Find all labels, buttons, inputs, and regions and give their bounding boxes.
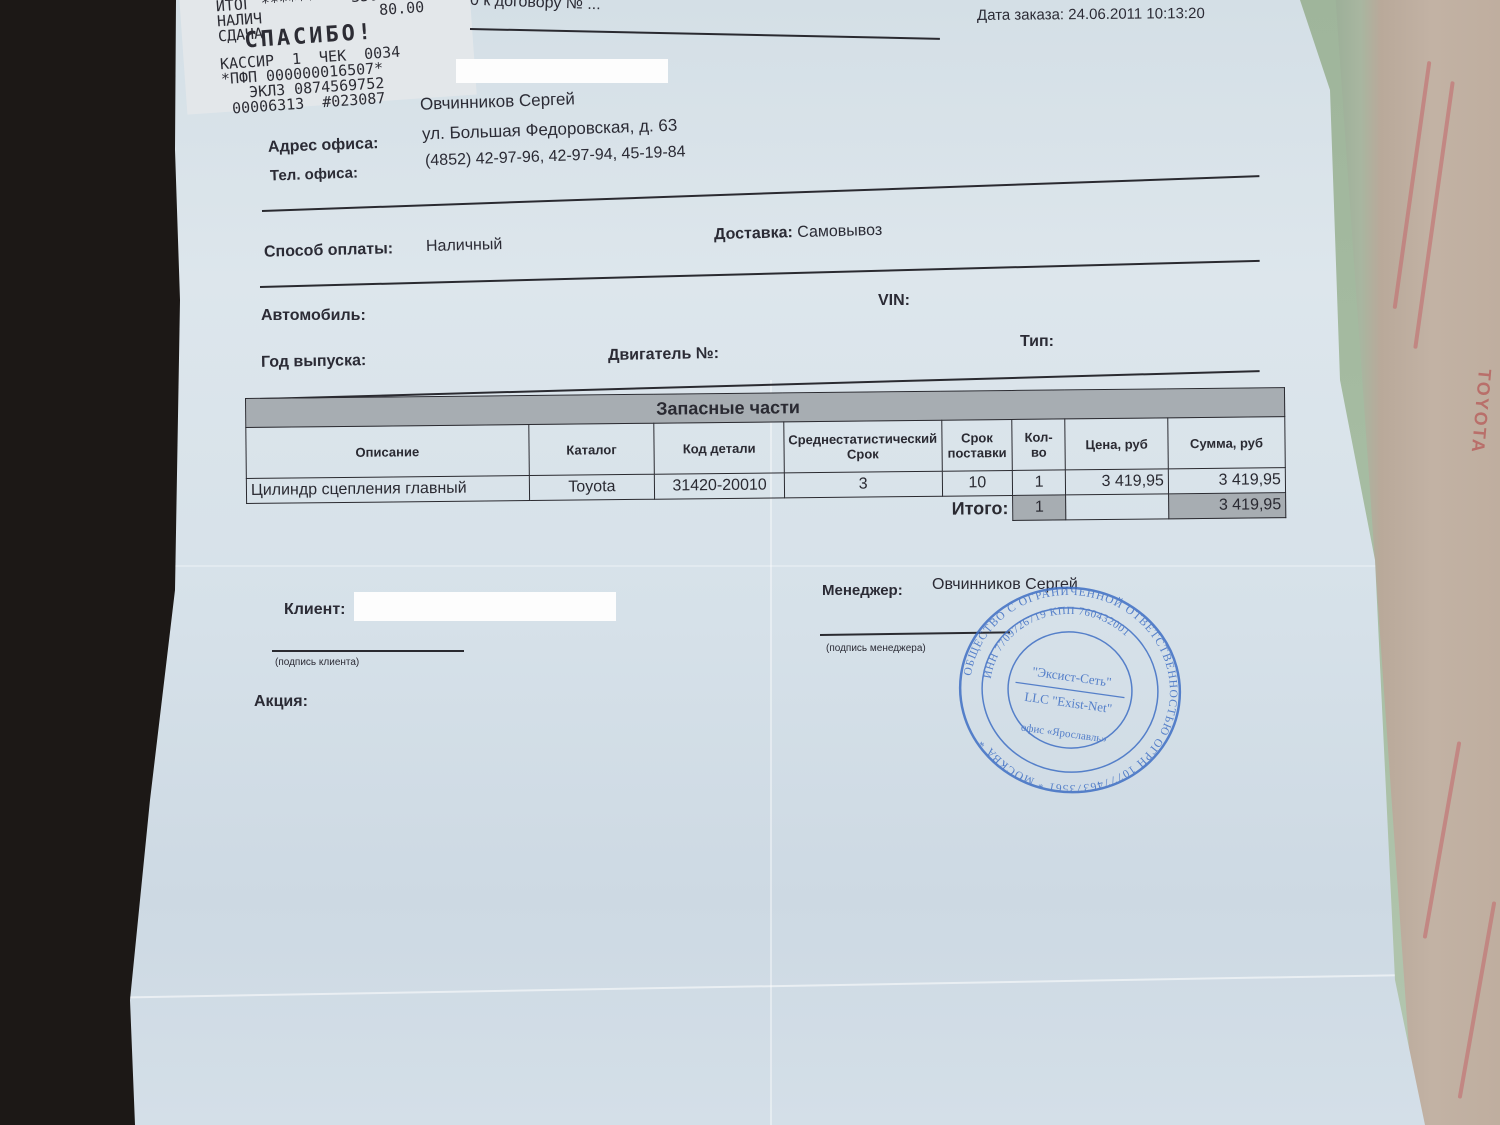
manager-label: Менеджер: (822, 582, 903, 599)
column-header: Каталог (528, 423, 654, 475)
cell-code: 31420-20010 (655, 473, 785, 499)
cell-description: Цилиндр сцепления главный (246, 476, 529, 504)
type-label: Тип: (1020, 333, 1054, 351)
fold-line (130, 565, 1430, 567)
vin-label: VIN: (878, 292, 910, 310)
order-date-value: 24.06.2011 10:13:20 (1068, 5, 1205, 23)
column-header: Описание (246, 425, 529, 479)
total-sum: 3 419,95 (1169, 493, 1286, 519)
order-date: Дата заказа: 24.06.2011 10:13:20 (977, 5, 1205, 24)
client-label: Клиент: (284, 601, 346, 619)
cell-catalog: Toyota (529, 474, 655, 500)
cell-avg-term: 3 (784, 471, 942, 498)
column-header: Сумма, руб (1168, 417, 1286, 469)
payment-method-value: Наличный (426, 236, 503, 256)
engine-number-label: Двигатель №: (608, 345, 719, 365)
cell-price: 3 419,95 (1065, 469, 1168, 495)
cell-qty: 1 (1013, 470, 1066, 496)
column-header: Срок поставки (941, 419, 1012, 471)
manager-signature-caption: (подпись менеджера) (826, 643, 926, 654)
payment-method-label: Способ оплаты: (264, 240, 394, 261)
stamp-office-text: офис «Ярославль» (1020, 722, 1107, 746)
delivery-value: Самовывоз (797, 222, 882, 241)
order-date-label: Дата заказа: (977, 6, 1064, 24)
year-label: Год выпуска: (261, 352, 367, 372)
company-seal-stamp: ОБЩЕСТВО С ОГРАНИЧЕННОЙ ОТВЕТСТВЕННОСТЬЮ… (942, 570, 1199, 810)
cell-delivery-term: 10 (942, 470, 1013, 496)
delivery-label: Доставка: (714, 224, 793, 243)
stamp-center-line2: LLC "Exist-Net" (1024, 689, 1113, 716)
client-signature-caption: (подпись клиента) (275, 657, 359, 668)
car-label: Автомобиль: (261, 307, 366, 325)
column-header: Код детали (654, 422, 784, 474)
column-header: Кол-во (1012, 419, 1065, 471)
column-header: Цена, руб (1065, 418, 1168, 470)
total-empty-cell (1066, 494, 1169, 520)
redacted-client-name (354, 592, 616, 621)
client-signature-line (272, 650, 464, 652)
parts-table: Запасные части Описание Каталог Код дета… (245, 387, 1286, 529)
fold-line (130, 974, 1430, 999)
promo-label: Акция: (254, 693, 308, 711)
redacted-field (456, 59, 668, 83)
invoice-sheet (0, 0, 1500, 1125)
column-header: Среднестатистический Срок (784, 420, 942, 473)
office-phone-label: Тел. офиса: (270, 164, 359, 184)
cell-sum: 3 419,95 (1168, 468, 1285, 494)
total-qty: 1 (1013, 495, 1066, 521)
office-address-label: Адрес офиса: (268, 135, 379, 157)
